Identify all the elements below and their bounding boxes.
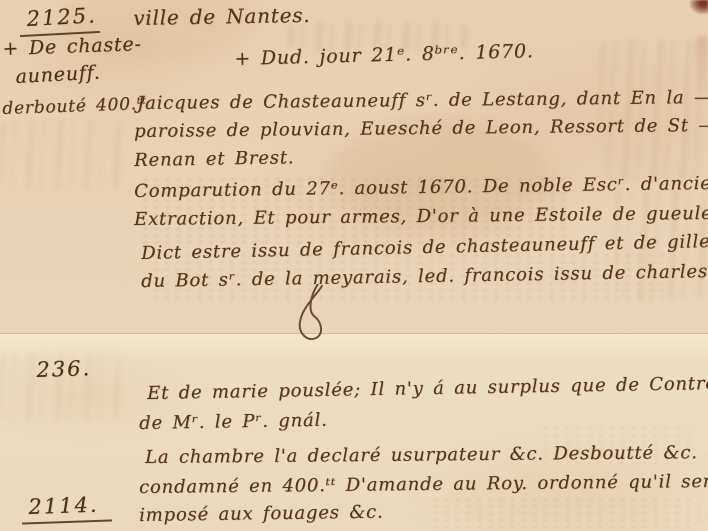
- margin-section-number: 236.: [36, 356, 92, 382]
- margin-next-entry-number: 2114.: [28, 493, 99, 519]
- judgement-text-line: imposé aux fouages &c.: [139, 502, 384, 526]
- header-place-line: ville de Nantes.: [133, 3, 311, 30]
- margin-entry-number: 2125.: [26, 3, 97, 31]
- manuscript-page: 2125. + De chaste- auneuff. derbouté 400…: [0, 0, 708, 531]
- ink-bleedthrough: [0, 120, 125, 190]
- margin-family-name-line2: auneuff.: [15, 62, 101, 88]
- edge-ink-smudge: [696, 36, 708, 94]
- torn-ink-corner-mark: [690, 0, 708, 14]
- judgement-text-line: de Mʳ. le Pʳ. gnál.: [139, 410, 328, 434]
- pen-flourish: [292, 284, 340, 346]
- ink-bleedthrough: [430, 496, 700, 528]
- entry-text-line: Renan et Brest.: [134, 147, 294, 171]
- ink-bleedthrough: [600, 40, 700, 180]
